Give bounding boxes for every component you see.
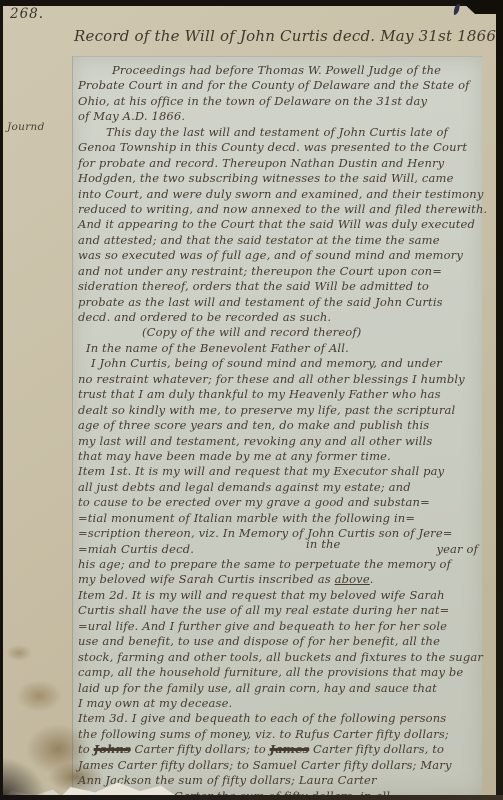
page-number: 268. [10,6,44,22]
record-line: Genoa Township in this County decd. was … [78,140,482,155]
inscription-in-the: in the [306,537,340,552]
book-edge-right [496,0,503,800]
record-line: to Johns Carter fifty dollars; to James … [78,742,482,757]
record-line: camp, all the household furniture, all t… [78,665,482,680]
stain [6,645,32,661]
record-line: the following sums of money, viz. to Ruf… [78,727,482,742]
record-line: stock, farming and other tools, all buck… [78,650,482,665]
record-line: Hodgden, the two subscribing witnesses t… [78,171,482,186]
record-line: I may own at my decease. [78,696,482,711]
record-line: Curtis shall have the use of all my real… [78,603,482,618]
book-edge-left [0,0,3,800]
record-line: age of three score years and ten, do mak… [78,418,482,433]
copy-note-line: (Copy of the will and record thereof) [78,325,482,340]
record-line: use and benefit, to use and dispose of f… [78,634,482,649]
scanned-ledger-photo: 268. Record of the Will of John Curtis d… [0,0,503,800]
book-edge-bottom [0,795,503,800]
record-line: and not under any restraint; thereupon t… [78,264,482,279]
record-line: dealt so kindly with me, to preserve my … [78,403,482,418]
record-line: for probate and record. Thereupon Nathan… [78,156,482,171]
record-line: And it appearing to the Court that the s… [78,217,482,232]
record-line: of May A.D. 1866. [78,109,482,124]
record-line: Item 3d. I give and bequeath to each of … [78,711,482,726]
record-line: Item 2d. It is my will and request that … [78,588,482,603]
record-line: that may have been made by me at any for… [78,449,482,464]
record-line: my last will and testament, revoking any… [78,434,482,449]
bequest-text: Carter fifty dollars; to [131,742,270,756]
wife-line-period: . [370,572,374,586]
record-line: =tial monument of Italian marble with th… [78,511,482,526]
struck-name: Johns [94,742,131,756]
book-shadow-bottom-left [0,758,46,800]
margin-note: Journd [7,121,45,133]
record-line: Item 1st. It is my will and request that… [78,464,482,479]
wife-line-text: my beloved wife Sarah Curtis inscribed a… [78,572,335,586]
record-line: and attested; and that the said testator… [78,233,482,248]
record-line: to cause to be erected over my grave a g… [78,495,482,510]
record-line: Ann Jackson the sum of fifty dollars; La… [78,773,482,788]
book-edge-top [0,0,503,6]
underlined-word: above [335,572,370,586]
record-body: Proceedings had before Thomas W. Powell … [78,63,482,800]
record-line: all just debts and legal demands against… [78,480,482,495]
blue-ink-mark [451,1,465,21]
bequest-text: Carter fifty dollars, to [309,742,444,756]
record-line: =ural life. And I further give and beque… [78,619,482,634]
struck-name: James [270,742,310,756]
record-line: Proceedings had before Thomas W. Powell … [78,63,482,78]
inscription-year-of: year of [436,542,478,557]
record-line: was so executed was of full age, and of … [78,248,482,263]
record-line: In the name of the Benevolent Father of … [78,341,482,356]
inscription-blank-line: =miah Curtis decd. in the year of [78,542,482,557]
record-line: probate as the last will and testament o… [78,295,482,310]
record-line: my beloved wife Sarah Curtis inscribed a… [78,572,482,587]
record-line: I John Curtis, being of sound mind and m… [78,356,482,371]
record-line: his age; and to prepare the same to perp… [78,557,482,572]
record-line: James Carter fifty dollars; to Samuel Ca… [78,758,482,773]
record-line: reduced to writing, and now annexed to t… [78,202,482,217]
record-line: Probate Court in and for the County of D… [78,78,482,93]
record-line: laid up for the family use, all grain co… [78,681,482,696]
record-line: decd. and ordered to be recorded as such… [78,310,482,325]
inscription-left: =miah Curtis decd. [78,542,194,556]
record-line: Ohio, at his office in the town of Delaw… [78,94,482,109]
record-line: =scription thereon, viz. In Memory of Jo… [78,526,482,541]
stain [16,680,62,712]
record-line: sideration thereof, orders that the said… [78,279,482,294]
record-line: This day the last will and testament of … [78,125,482,140]
record-title: Record of the Will of John Curtis decd. … [74,27,494,45]
bequest-text: to [78,742,94,756]
record-line: into Court, and were duly sworn and exam… [78,187,482,202]
record-line: no restraint whatever; for these and all… [78,372,482,387]
record-line: trust that I am duly thankful to my Heav… [78,387,482,402]
